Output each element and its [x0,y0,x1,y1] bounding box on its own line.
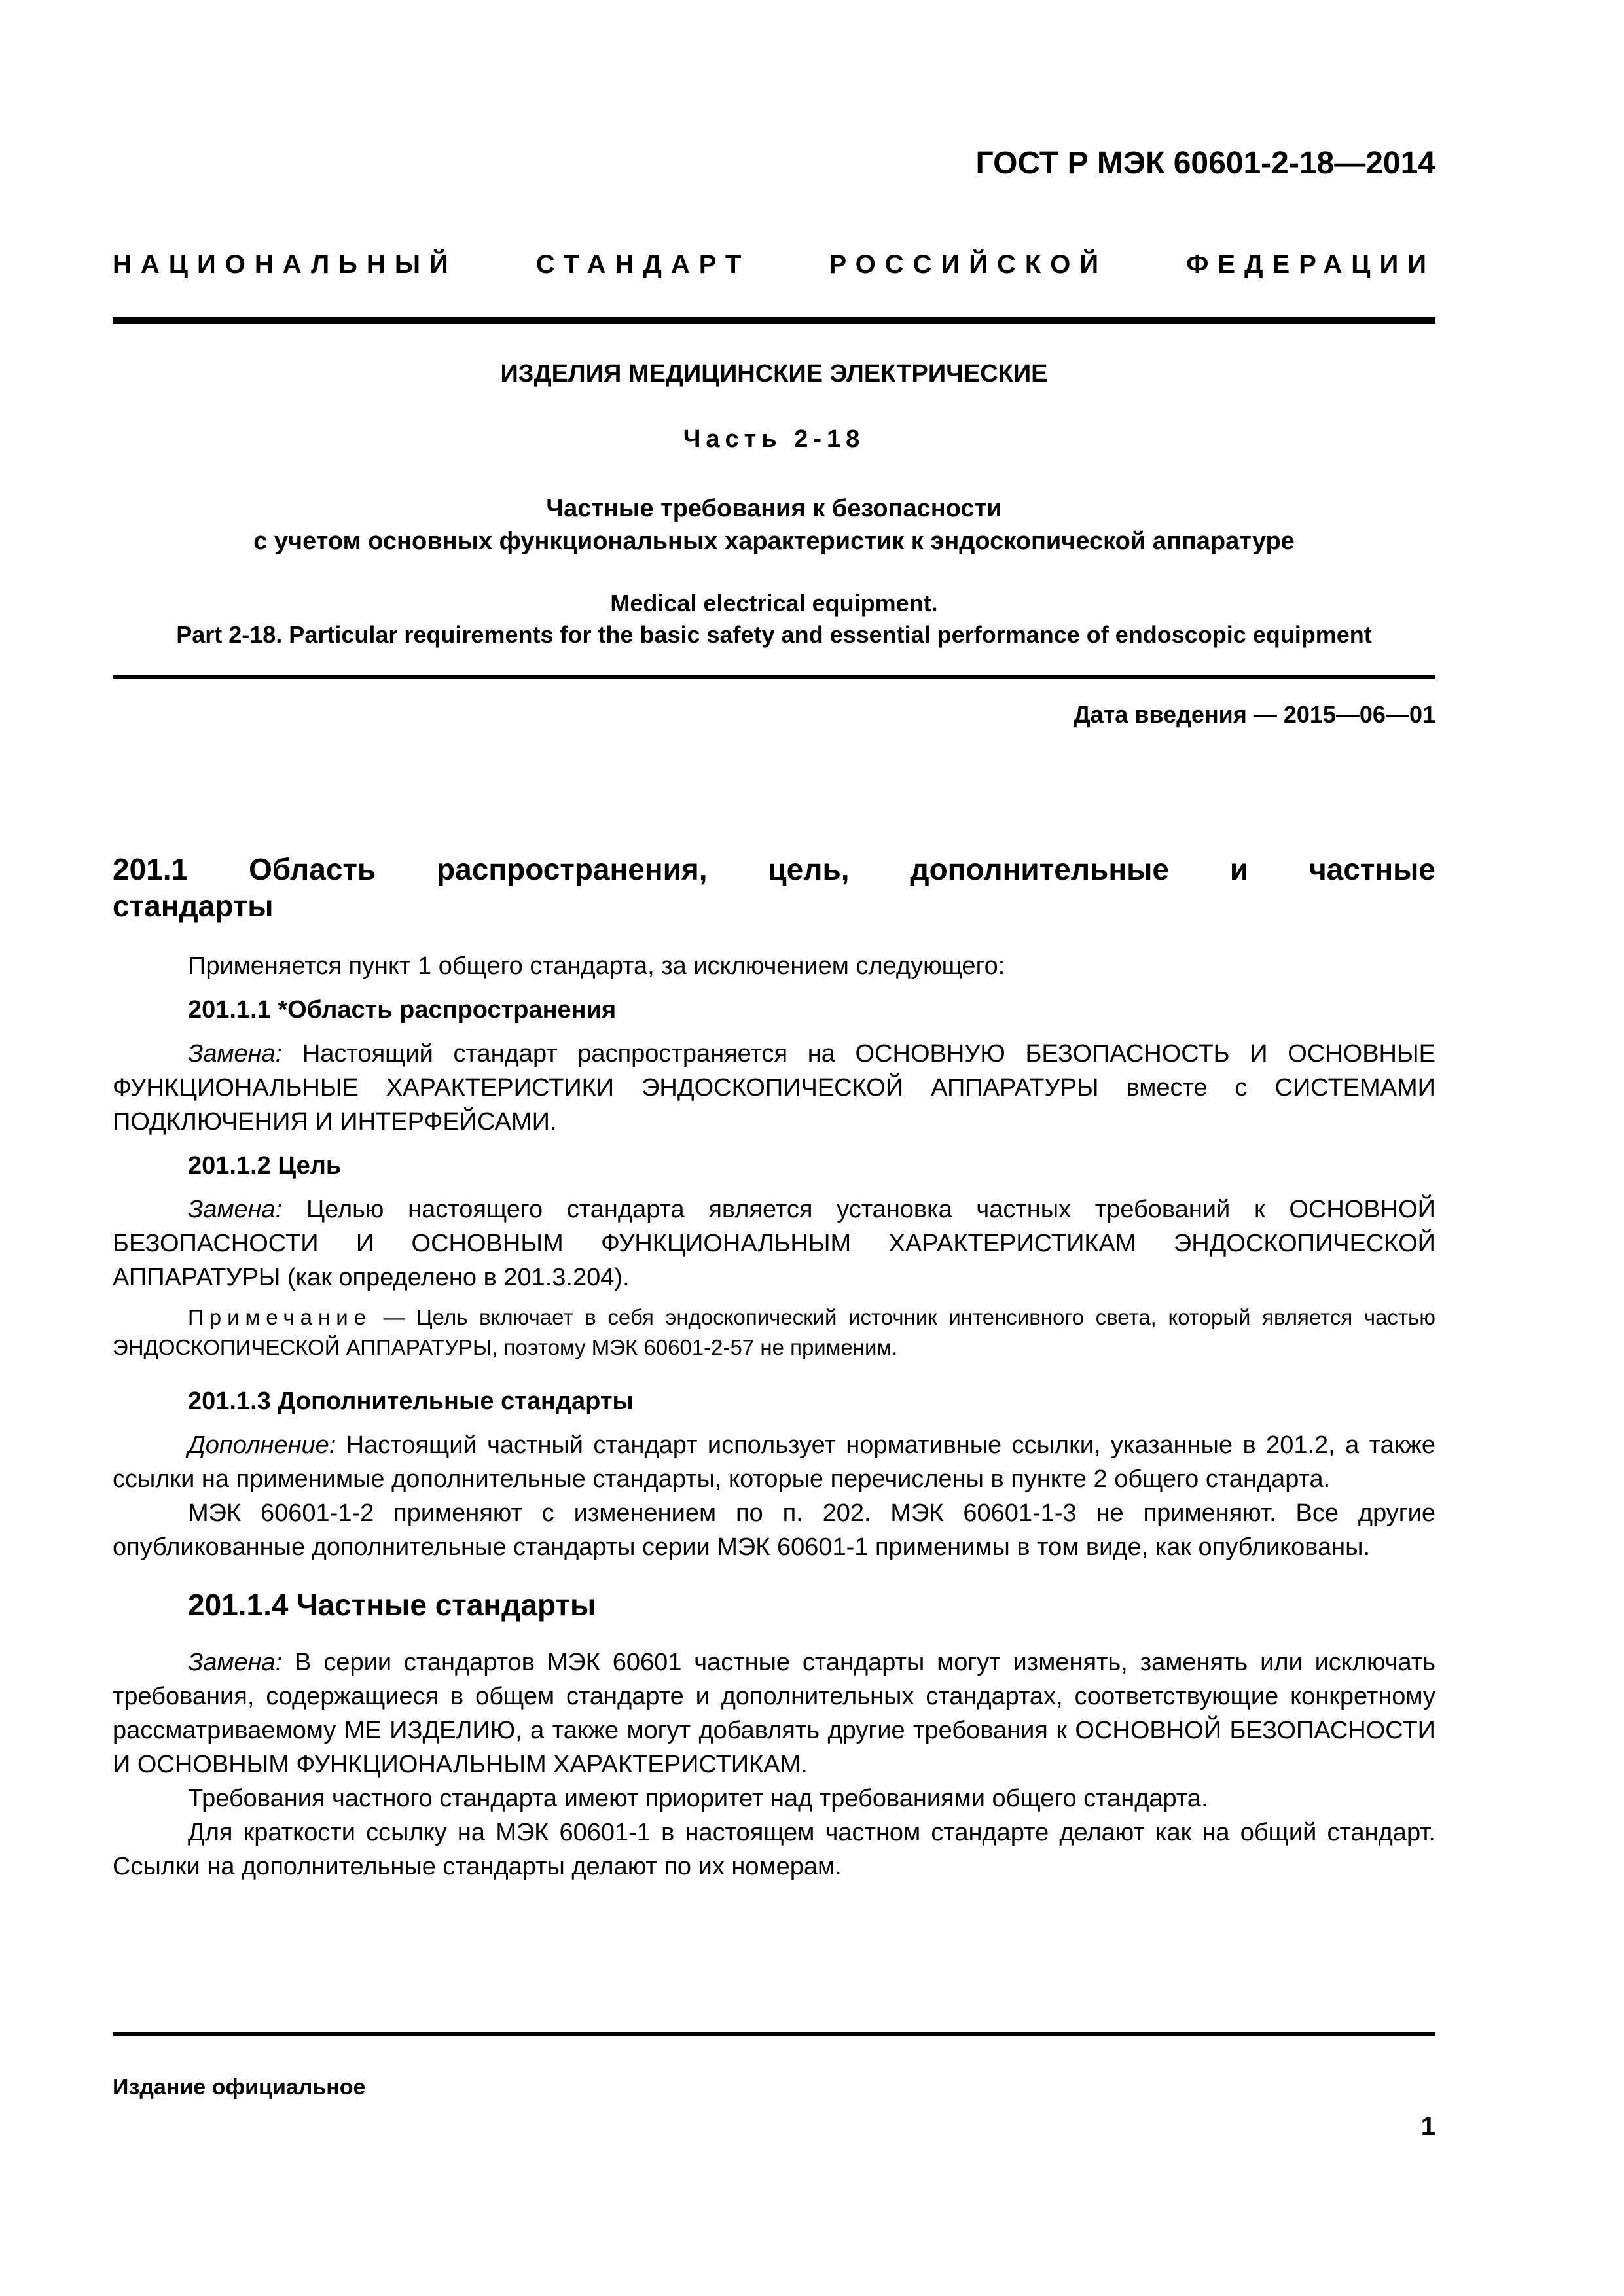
section-201-1-4-para3: Для краткости ссылку на МЭК 60601-1 в на… [113,1816,1435,1884]
document-page: ГОСТ Р МЭК 60601-2-18—2014 НАЦИОНАЛЬНЫЙ … [113,0,1435,2296]
footer-divider [113,2032,1435,2036]
section-201-1-1-text: Замена: Настоящий стандарт распространяе… [113,1037,1435,1139]
section-201-1-4-para2: Требования частного стандарта имеют прио… [113,1782,1435,1816]
replacement-label: Замена: [188,1649,282,1676]
section-heading-201-1: 201.1 Область распространения, цель, доп… [113,851,1435,924]
page-number: 1 [113,2111,1435,2142]
section-201-1-3-text: Дополнение: Настоящий частный стандарт и… [113,1428,1435,1496]
english-title-line-1: Medical electrical equipment. [113,588,1435,619]
document-body: 201.1 Область распространения, цель, доп… [113,851,1435,1884]
section-heading-201-1-4: 201.1.4 Частные стандарты [113,1587,1435,1623]
section-201-1-3-para2: МЭК 60601-1-2 применяют с изменением по … [113,1496,1435,1564]
document-code: ГОСТ Р МЭК 60601-2-18—2014 [113,145,1435,182]
document-subtitle: Частные требования к безопасности с учет… [113,492,1435,558]
english-title: Medical electrical equipment. Part 2-18.… [113,588,1435,651]
section-201-1-4-text: Замена: В серии стандартов МЭК 60601 час… [113,1645,1435,1782]
section-201-1-2-note: Примечание — Цель включает в себя эндоск… [113,1302,1435,1363]
title-divider [113,675,1435,679]
replacement-label: Замена: [188,1040,282,1067]
subtitle-line-1: Частные требования к безопасности [113,492,1435,525]
replacement-label: Замена: [188,1196,282,1223]
part-number: Часть 2-18 [113,424,1435,454]
section-201-1-intro: Применяется пункт 1 общего стандарта, за… [113,949,1435,983]
document-title: ИЗДЕЛИЯ МЕДИЦИНСКИЕ ЭЛЕКТРИЧЕСКИЕ [113,359,1435,389]
header-divider [113,317,1435,324]
section-heading-201-1-3: 201.1.3 Дополнительные стандарты [113,1385,1435,1418]
english-title-line-2: Part 2-18. Particular requirements for t… [113,619,1435,651]
subtitle-line-2: с учетом основных функциональных характе… [113,525,1435,558]
introduction-date: Дата введения — 2015—06—01 [113,700,1435,729]
section-heading-201-1-1: 201.1.1 *Область распространения [113,994,1435,1026]
addition-label: Дополнение: [188,1431,336,1459]
note-label: Примечание [188,1305,372,1329]
official-edition-label: Издание официальное [113,2073,1435,2101]
section-201-1-2-text: Замена: Целью настоящего стандарта являе… [113,1193,1435,1295]
national-standard-banner: НАЦИОНАЛЬНЫЙ СТАНДАРТ РОССИЙСКОЙ ФЕДЕРАЦ… [113,249,1435,280]
section-heading-201-1-2: 201.1.2 Цель [113,1149,1435,1182]
